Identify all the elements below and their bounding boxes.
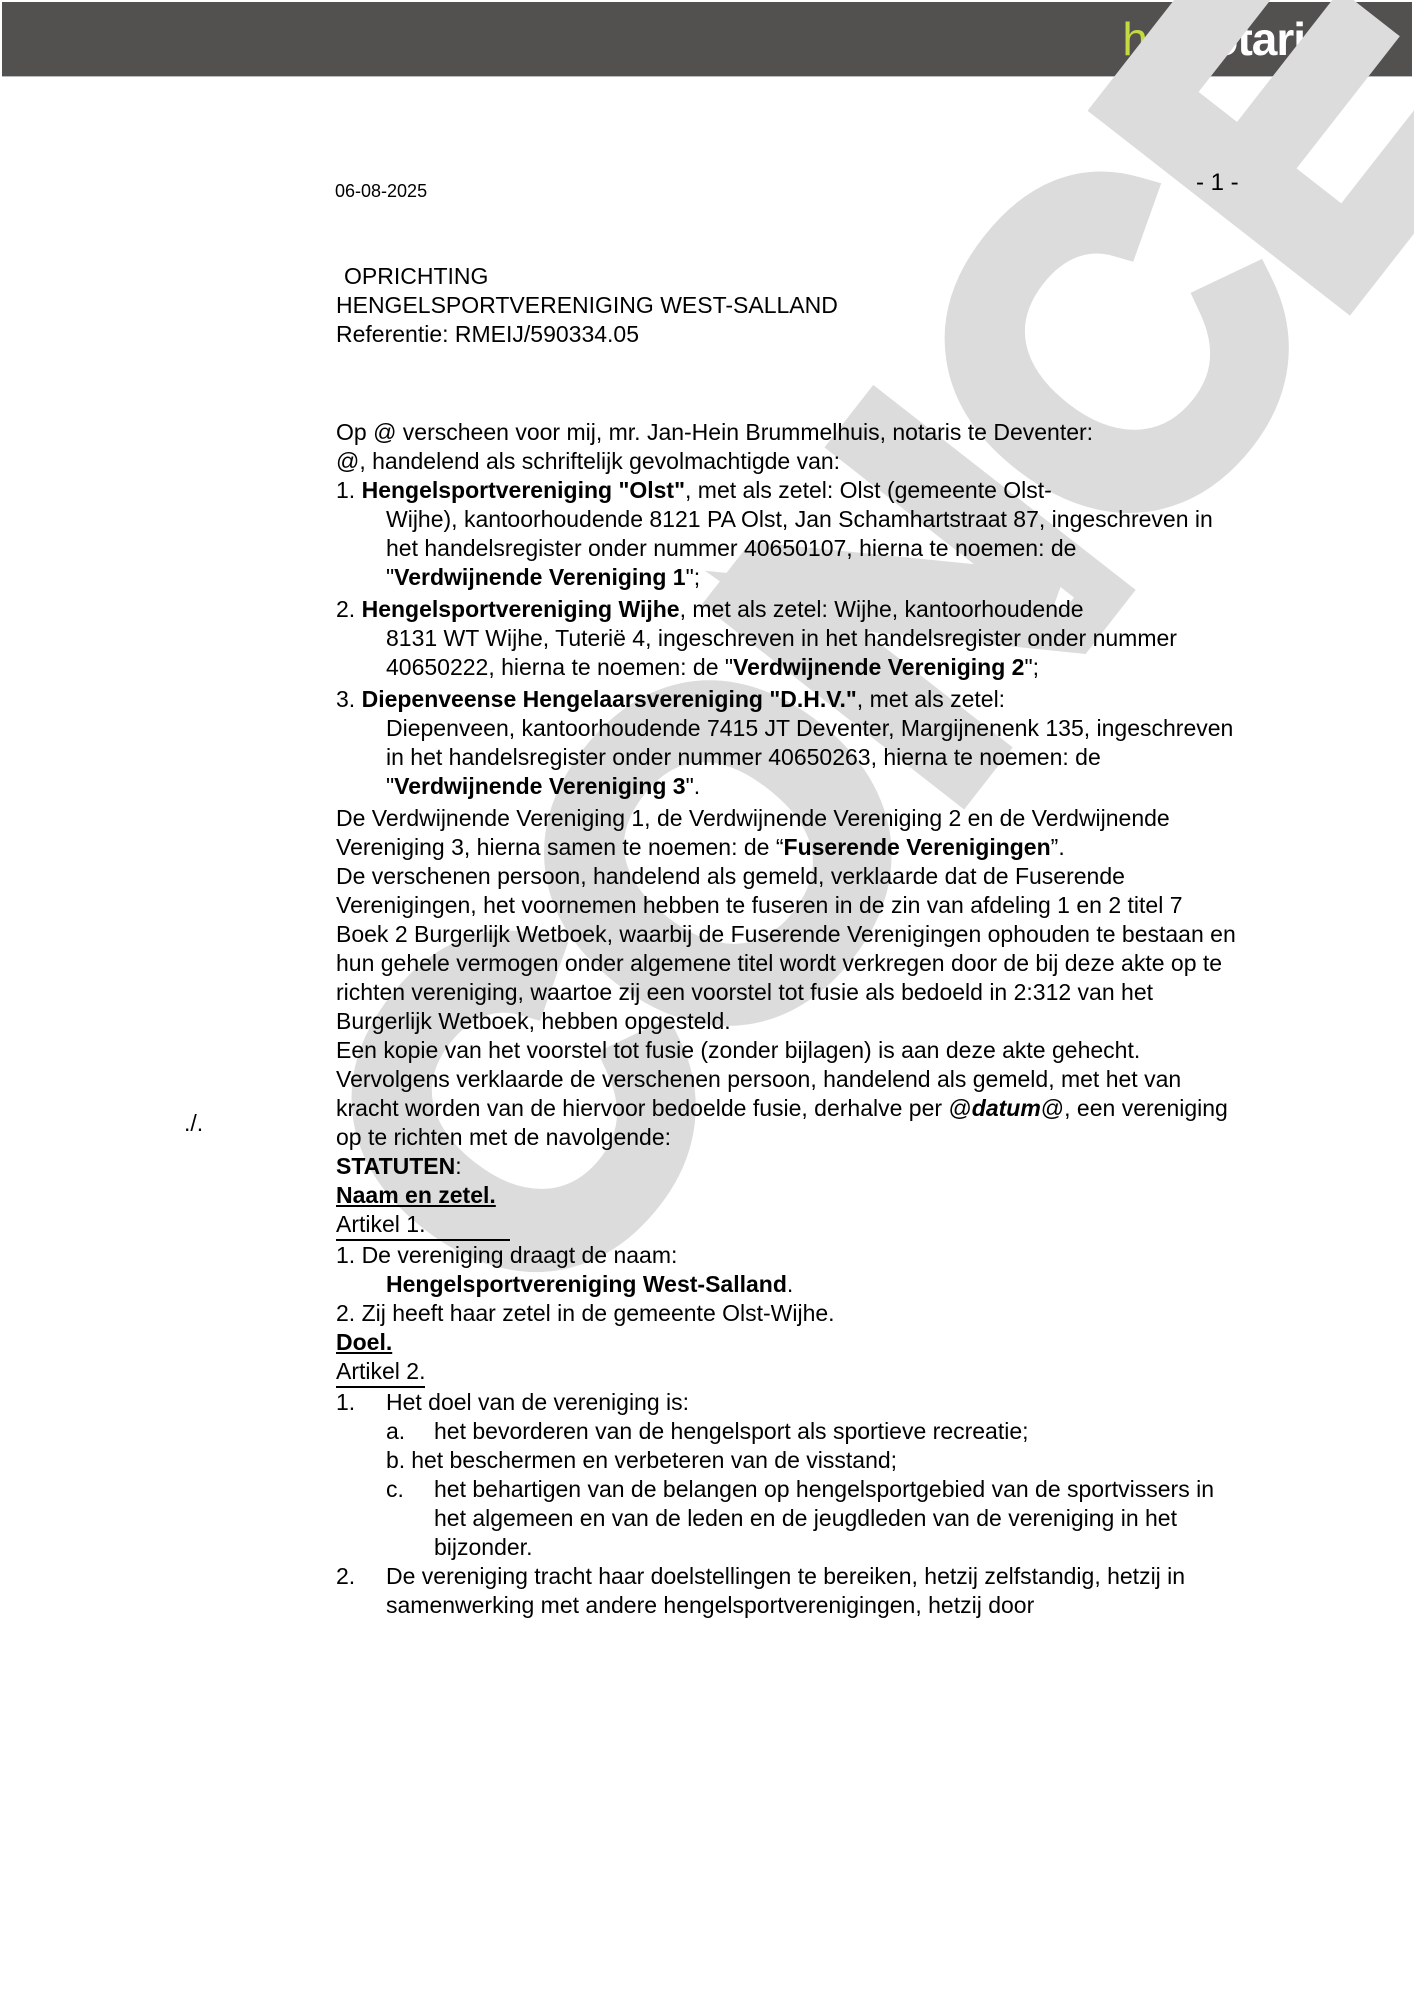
statuten-heading: STATUTEN:	[336, 1152, 1236, 1181]
association-name-end: .	[787, 1271, 793, 1297]
title-line-2: HENGELSPORTVERENIGING WEST-SALLAND	[336, 291, 838, 320]
declaration-paragraph: De verschenen persoon, handelend als gem…	[336, 862, 1236, 1036]
party-number: 1.	[336, 477, 362, 503]
subitem-text: het beschermen en verbeteren van de viss…	[411, 1446, 897, 1475]
article-2-heading: Artikel 2.	[336, 1357, 1236, 1388]
document-date: 06-08-2025	[335, 181, 427, 202]
article-2-label: Artikel 2.	[336, 1357, 425, 1388]
party-alias: Verdwijnende Vereniging 2	[733, 654, 1024, 680]
party-alias: Verdwijnende Vereniging 3	[394, 773, 685, 799]
fusing-paragraph: De Verdwijnende Vereniging 1, de Verdwij…	[336, 804, 1236, 862]
subitem-letter: c.	[386, 1475, 434, 1562]
reference: Referentie: RMEIJ/590334.05	[336, 320, 838, 349]
item-number: 2.	[336, 1562, 386, 1620]
subitem-letter: b.	[386, 1446, 411, 1475]
document-title: OPRICHTING HENGELSPORTVERENIGING WEST-SA…	[336, 262, 838, 349]
article-1-item-1-text: 1. De vereniging draagt de naam:	[336, 1242, 677, 1268]
party-number: 3.	[336, 686, 362, 712]
party-first-line: , met als zetel:	[857, 686, 1005, 712]
section-2-title: Doel.	[336, 1328, 1236, 1357]
document-body: Op @ verscheen voor mij, mr. Jan-Hein Br…	[336, 418, 1236, 1620]
party-name: Diepenveense Hengelaarsvereniging "D.H.V…	[362, 686, 857, 712]
copy-paragraph: Een kopie van het voorstel tot fusie (zo…	[336, 1036, 1236, 1065]
party-end: ";	[1024, 654, 1039, 680]
party-alias: Verdwijnende Vereniging 1	[394, 564, 685, 590]
article-1-label: Artikel 1.	[336, 1210, 510, 1241]
party-end: ".	[686, 773, 701, 799]
article-2-subitem-a: a. het bevorderen van de hengelsport als…	[336, 1417, 1236, 1446]
intro-line-2: @, handelend als schriftelijk gevolmacht…	[336, 447, 1236, 476]
subitem-text: het behartigen van de belangen op hengel…	[434, 1475, 1234, 1562]
party-name: Hengelsportvereniging "Olst"	[362, 477, 685, 503]
section-title-doel: Doel.	[336, 1329, 392, 1355]
article-2-subitem-b: b. het beschermen en verbeteren van de v…	[336, 1446, 1236, 1475]
datum-placeholder: datum	[972, 1095, 1041, 1121]
item-text: De vereniging tracht haar doelstellingen…	[386, 1562, 1236, 1620]
page-number: - 1 -	[1196, 169, 1239, 197]
fusing-term: Fuserende Verenigingen	[784, 834, 1051, 860]
item-number: 1.	[336, 1388, 386, 1417]
section-1-title: Naam en zetel.	[336, 1181, 1236, 1210]
party-number: 2.	[336, 596, 362, 622]
next-paragraph: Vervolgens verklaarde de verschenen pers…	[336, 1065, 1236, 1152]
party-end: ";	[686, 564, 701, 590]
article-1-heading: Artikel 1.	[336, 1210, 1236, 1241]
placeholder-at: @	[1041, 1095, 1064, 1121]
statuten-colon: :	[455, 1153, 461, 1179]
fusing-end: ”.	[1051, 834, 1065, 860]
party-2: 2. Hengelsportvereniging Wijhe, met als …	[336, 595, 1236, 682]
article-2-item-1: 1. Het doel van de vereniging is:	[336, 1388, 1236, 1417]
party-3: 3. Diepenveense Hengelaarsvereniging "D.…	[336, 685, 1236, 801]
article-2-item-2: 2. De vereniging tracht haar doelstellin…	[336, 1562, 1236, 1620]
article-2-subitem-c: c. het behartigen van de belangen op hen…	[336, 1475, 1236, 1562]
placeholder-at: @	[948, 1095, 971, 1121]
item-text: Het doel van de vereniging is:	[386, 1388, 689, 1417]
section-title-naam-en-zetel: Naam en zetel.	[336, 1182, 496, 1208]
party-first-line: , met als zetel: Olst (gemeente Olst-	[685, 477, 1052, 503]
association-name-text: Hengelsportvereniging West-Salland	[386, 1271, 787, 1297]
party-name: Hengelsportvereniging Wijhe	[362, 596, 680, 622]
subitem-letter: a.	[386, 1417, 434, 1446]
party-first-line: , met als zetel: Wijhe, kantoorhoudende	[680, 596, 1084, 622]
title-line-1: OPRICHTING	[336, 262, 838, 291]
statuten-label: STATUTEN	[336, 1153, 455, 1179]
document-page: 06-08-2025 - 1 - OPRICHTING HENGELSPORTV…	[0, 0, 1414, 2000]
article-1-item-1: 1. De vereniging draagt de naam:	[336, 1241, 1236, 1270]
subitem-text: het bevorderen van de hengelsport als sp…	[434, 1417, 1029, 1446]
intro-line-1: Op @ verscheen voor mij, mr. Jan-Hein Br…	[336, 418, 1236, 447]
article-1-item-2: 2. Zij heeft haar zetel in de gemeente O…	[336, 1299, 1236, 1328]
party-1: 1. Hengelsportvereniging "Olst", met als…	[336, 476, 1236, 592]
attachment-margin-mark: ./.	[184, 1110, 203, 1137]
association-name: Hengelsportvereniging West-Salland.	[336, 1270, 1236, 1299]
